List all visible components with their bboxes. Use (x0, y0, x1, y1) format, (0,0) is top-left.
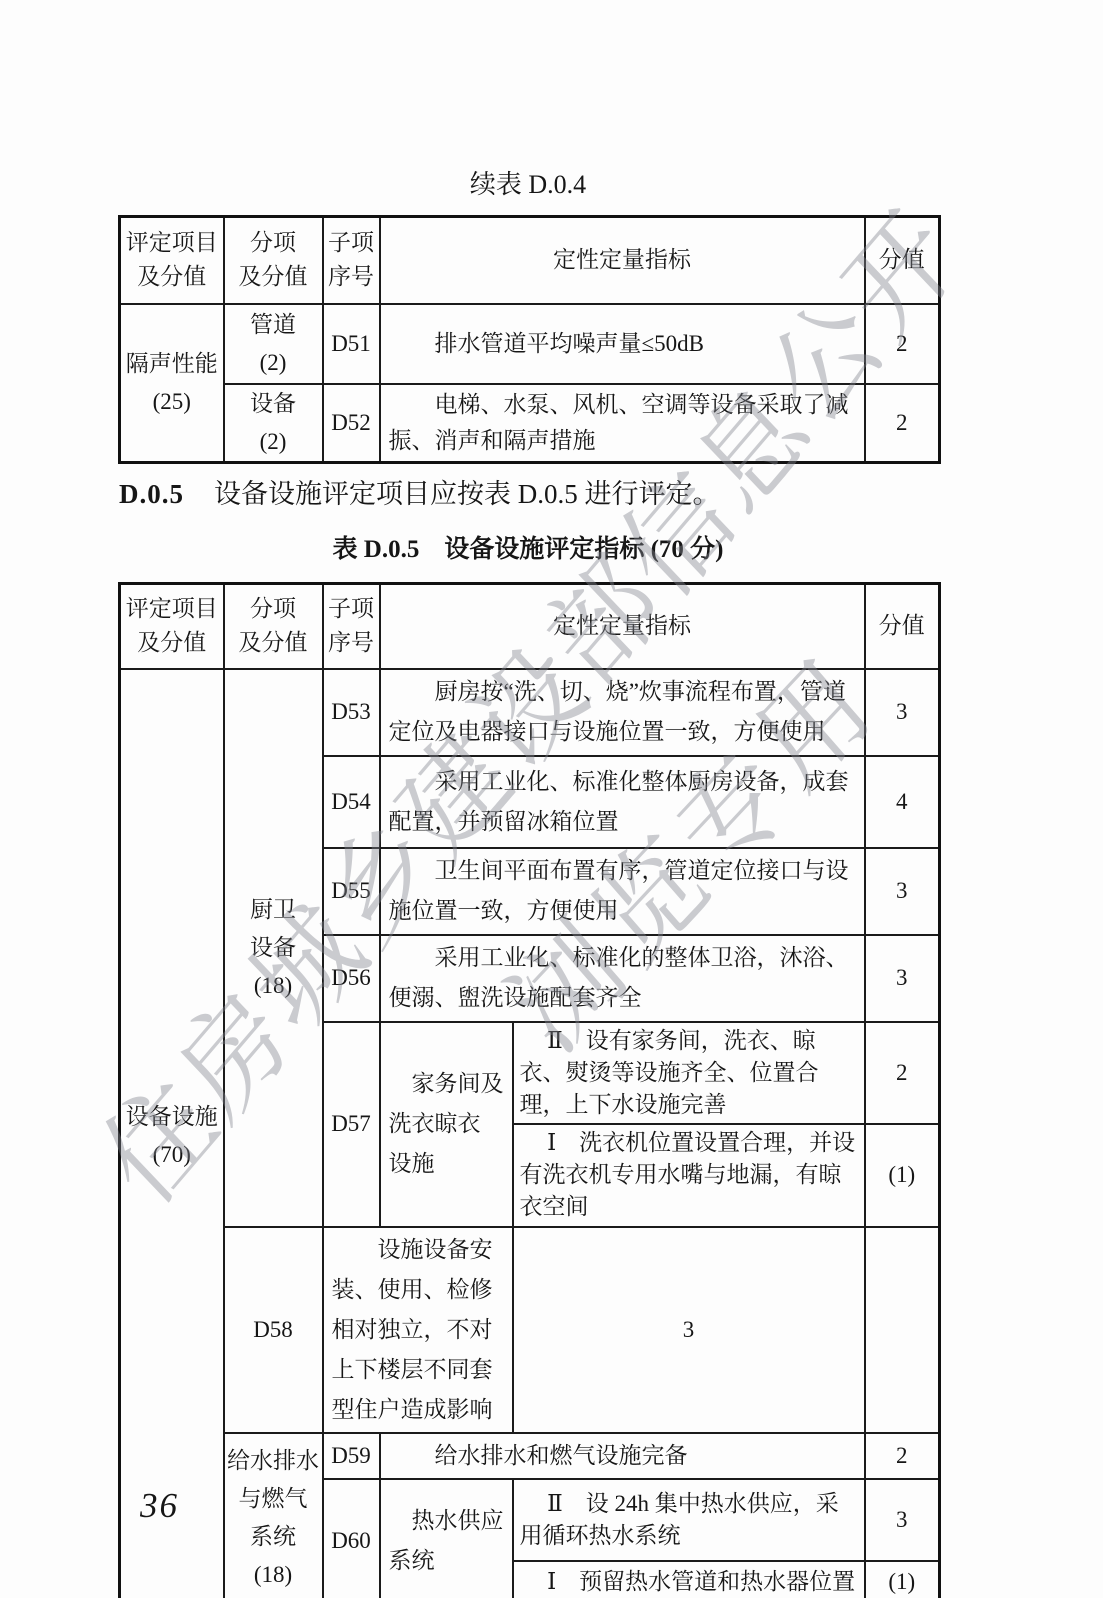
score-cell: (1) (865, 1124, 940, 1227)
indicator-grade1-cell: Ⅰ 预留热水管道和热水器位置 (513, 1561, 865, 1598)
score-cell: 2 (865, 304, 940, 384)
header-indicator-cell: 定性定量指标 (380, 217, 865, 304)
header-item-cell: 评定项目 及分值 (120, 584, 224, 669)
score-cell: 3 (865, 1479, 940, 1561)
indicator-cell: 排水管道平均噪声量≤50dB (380, 304, 865, 384)
serial-cell: D56 (323, 935, 380, 1022)
serial-cell: D52 (323, 384, 380, 463)
indicator-grade1-cell: Ⅰ 洗衣机位置设置合理，并设有洗衣机专用水嘴与地漏，有晾衣空间 (513, 1124, 865, 1227)
serial-cell: D54 (323, 756, 380, 848)
score-cell: 2 (865, 1433, 940, 1479)
header-score-cell: 分值 (865, 217, 940, 304)
score-cell: 4 (865, 756, 940, 848)
serial-cell: D59 (323, 1433, 380, 1479)
subitem-cell: 设备 (2) (224, 384, 323, 463)
table-row: 隔声性能 (25) 管道 (2) D51 排水管道平均噪声量≤50dB 2 (120, 304, 940, 384)
indicator-cell: 设施设备安装、使用、检修相对独立，不对上下楼层不同套型住户造成影响 (323, 1227, 513, 1433)
score-cell: (1) (865, 1561, 940, 1598)
table-d05: 评定项目 及分值 分项 及分值 子项 序号 定性定量指标 分值 设备设施 (70… (118, 582, 941, 1598)
serial-cell: D55 (323, 848, 380, 935)
serial-cell: D58 (224, 1227, 323, 1433)
indicator-cell: 卫生间平面布置有序，管道定位接口与设施位置一致，方便使用 (380, 848, 865, 935)
subitem-cell: 管道 (2) (224, 304, 323, 384)
score-cell: 3 (865, 669, 940, 756)
serial-cell: D60 (323, 1479, 380, 1598)
header-sub-cell: 分项 及分值 (224, 217, 323, 304)
serial-cell: D57 (323, 1022, 380, 1227)
header-score-cell: 分值 (865, 584, 940, 669)
header-serial-cell: 子项 序号 (323, 584, 380, 669)
score-cell: 3 (513, 1227, 865, 1433)
score-cell: 3 (865, 848, 940, 935)
page-number: 36 (140, 1486, 179, 1526)
indicator-cell: 给水排水和燃气设施完备 (380, 1433, 865, 1479)
subgroup-name-cell: 热水供应 系统 (380, 1479, 513, 1598)
indicator-cell: 电梯、水泵、风机、空调等设备采取了减振、消声和隔声措施 (380, 384, 865, 463)
indicator-cell: 厨房按“洗、切、烧”炊事流程布置，管道定位及电器接口与设施位置一致，方便使用 (380, 669, 865, 756)
table-row: 给水排水 与燃气 系统 (18) D59 给水排水和燃气设施完备 2 (120, 1433, 940, 1479)
table-row: D58 设施设备安装、使用、检修相对独立，不对上下楼层不同套型住户造成影响 3 (120, 1227, 940, 1433)
table-row: 评定项目 及分值 分项 及分值 子项 序号 定性定量指标 分值 (120, 217, 940, 304)
table-row: 评定项目 及分值 分项 及分值 子项 序号 定性定量指标 分值 (120, 584, 940, 669)
table-d05-title: 表 D.0.5 设备设施评定指标 (70 分) (118, 534, 938, 566)
table-row: 设备设施 (70) 厨卫 设备 (18) D53 厨房按“洗、切、烧”炊事流程布… (120, 669, 940, 756)
indicator-grade2-cell: Ⅱ 设 24h 集中热水供应，采用循环热水系统 (513, 1479, 865, 1561)
clause-d05: D.0.5设备设施评定项目应按表 D.0.5 进行评定。 (119, 476, 1019, 512)
score-cell: 2 (865, 1022, 940, 1124)
header-indicator-cell: 定性定量指标 (380, 584, 865, 669)
score-cell: 3 (865, 935, 940, 1022)
group-kitchen-bath-cell: 厨卫 设备 (18) (224, 669, 323, 1227)
indicator-grade2-cell: Ⅱ 设有家务间，洗衣、晾衣、熨烫等设施齐全、位置合理，上下水设施完善 (513, 1022, 865, 1124)
header-item-cell: 评定项目 及分值 (120, 217, 224, 304)
document-page: 住房城乡建设部信息公开 浏览专用 续表 D.0.4 评定项目 及分值 分项 及分… (0, 0, 1103, 1598)
header-sub-cell: 分项 及分值 (224, 584, 323, 669)
clause-number: D.0.5 (119, 479, 184, 509)
group-water-gas-cell: 给水排水 与燃气 系统 (18) (224, 1433, 323, 1598)
indicator-cell: 采用工业化、标准化整体厨房设备，成套配置，并预留冰箱位置 (380, 756, 865, 848)
table-d04-continued-title: 续表 D.0.4 (118, 168, 938, 202)
table-row: 设备 (2) D52 电梯、水泵、风机、空调等设备采取了减振、消声和隔声措施 2 (120, 384, 940, 463)
serial-cell: D53 (323, 669, 380, 756)
clause-text: 设备设施评定项目应按表 D.0.5 进行评定。 (214, 479, 720, 509)
score-cell: 2 (865, 384, 940, 463)
subgroup-name-cell: 家务间及 洗衣晾衣 设施 (380, 1022, 513, 1227)
serial-cell: D51 (323, 304, 380, 384)
category-cell: 设备设施 (70) (120, 669, 224, 1598)
header-serial-cell: 子项 序号 (323, 217, 380, 304)
table-d04: 评定项目 及分值 分项 及分值 子项 序号 定性定量指标 分值 隔声性能 (25… (118, 215, 941, 464)
category-cell: 隔声性能 (25) (120, 304, 224, 463)
indicator-cell: 采用工业化、标准化的整体卫浴，沐浴、便溺、盥洗设施配套齐全 (380, 935, 865, 1022)
